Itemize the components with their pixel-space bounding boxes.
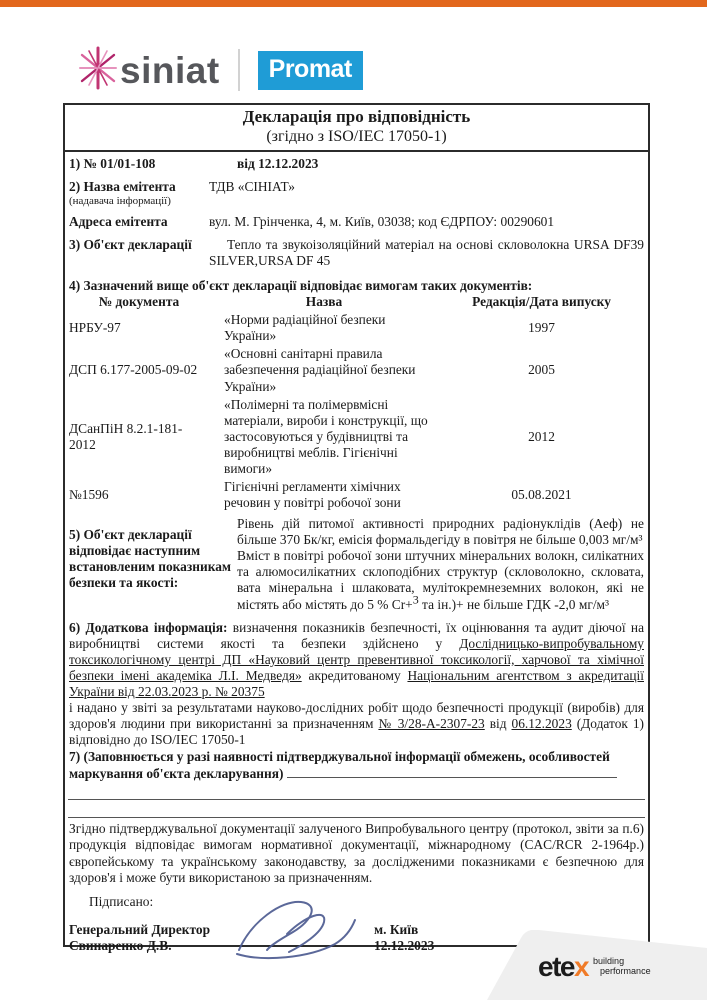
object-row: 3) Об'єкт декларації Тепло та звукоізоля…	[69, 237, 644, 269]
col-header-name: Назва	[209, 294, 439, 310]
siniat-logo: siniat	[78, 45, 220, 96]
logo-divider	[238, 49, 240, 91]
signature-area	[244, 922, 374, 954]
address-label: Адреса емітента	[69, 214, 209, 230]
etex-x-icon: x	[574, 951, 588, 982]
section5-paragraph-1: Рівень дій питомої активності природних …	[237, 516, 644, 548]
section4-heading: 4) Зазначений вище об'єкт декларації від…	[69, 278, 644, 294]
section6: 6) Додаткова інформація: визначення пока…	[69, 620, 644, 700]
section7: 7) (Заповнюється у разі наявності підтве…	[69, 749, 644, 782]
section6-continued: і надано у звіті за результатами науково…	[69, 700, 644, 748]
declaration-number-row: 1) № 01/01-108 від 12.12.2023	[69, 156, 644, 172]
blank-fill-line	[287, 765, 617, 778]
table-row: ДСанПіН 8.2.1-181-2012 «Полімерні та пол…	[69, 397, 644, 477]
declaration-title-cell: Декларація про відповідність (згідно з I…	[65, 105, 648, 152]
issuer-row: 2) Назва емітента (надавача інформації) …	[69, 179, 644, 207]
table-row: НРБУ-97 «Норми радіаційної безпеки Украї…	[69, 312, 644, 344]
section5-row: 5) Об'єкт декларації відповідає наступни…	[69, 516, 644, 612]
table-row: №1596 Гігієнічні регламенти хімічних реч…	[69, 479, 644, 511]
declaration-number: 1) № 01/01-108	[69, 156, 237, 172]
header-logos: siniat Promat	[78, 47, 363, 93]
siniat-star-icon	[78, 45, 118, 96]
address-row: Адреса емітента вул. М. Грінченка, 4, м.…	[69, 214, 644, 230]
blank-line-2	[68, 800, 645, 818]
col-header-edition: Редакція/Дата випуску	[439, 294, 644, 310]
declaration-date: від 12.12.2023	[237, 156, 644, 172]
issuer-value: ТДВ «СІНІАТ»	[209, 179, 644, 207]
signatory-left: Генеральний Директор Свинаренко Д.В.	[69, 922, 244, 954]
page-subtitle: (згідно з ISO/IEC 17050-1)	[65, 127, 648, 146]
signatory-name: Свинаренко Д.В.	[69, 938, 244, 954]
declaration-frame: Декларація про відповідність (згідно з I…	[63, 103, 650, 947]
top-orange-bar	[0, 0, 707, 7]
etex-tagline: building performance	[593, 957, 651, 976]
page-title: Декларація про відповідність	[65, 107, 648, 127]
issuer-sublabel: (надавача інформації)	[69, 195, 209, 207]
signature-scribble-icon	[229, 892, 369, 964]
conclusion-paragraph: Згідно підтверджувальної документації за…	[69, 821, 644, 885]
documents-table-header: № документа Назва Редакція/Дата випуску	[69, 294, 644, 310]
signatory-position: Генеральний Директор	[69, 922, 244, 938]
document-page: siniat Promat Декларація про відповідніс…	[0, 0, 707, 1000]
section5-paragraph-2: Вміст в повітрі робочої зони штучних мін…	[237, 548, 644, 612]
object-label: 3) Об'єкт декларації	[69, 237, 209, 269]
object-value: Тепло та звукоізоляційний матеріал на ос…	[209, 237, 644, 269]
etex-wordmark: etex	[538, 953, 588, 981]
table-row: ДСП 6.177-2005-09-02 «Основні санітарні …	[69, 346, 644, 394]
section5-value: Рівень дій питомої активності природних …	[237, 516, 644, 612]
underlined-report-number: № 3/28-А-2307-23	[378, 716, 484, 731]
section6-heading: 6) Додаткова інформація:	[69, 620, 227, 635]
col-header-number: № документа	[69, 294, 209, 310]
issuer-label: 2) Назва емітента (надавача інформації)	[69, 179, 209, 207]
blank-line-1	[68, 782, 645, 800]
underlined-report-date: 06.12.2023	[512, 716, 572, 731]
address-value: вул. М. Грінченка, 4, м. Київ, 03038; ко…	[209, 214, 644, 230]
etex-logo: etex building performance	[538, 953, 651, 981]
promat-logo: Promat	[258, 51, 363, 90]
section5-label: 5) Об'єкт декларації відповідає наступни…	[69, 516, 237, 612]
siniat-wordmark: siniat	[120, 52, 220, 89]
